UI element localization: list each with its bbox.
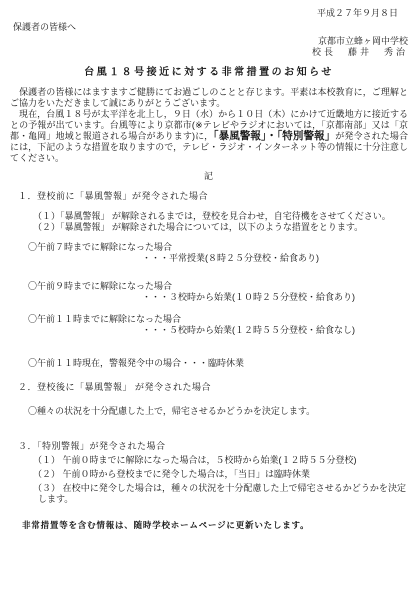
case-condition: 〇午前７時までに解除になった場合	[28, 242, 408, 253]
case-action: ・・・５校時から始業(１２時５５分登校・給食なし)	[142, 325, 408, 336]
case-condition: 〇午前１１時現在，警報発令中の場合・・・臨時休業	[28, 358, 408, 369]
warning-names-bold: 「暴風警報」・「特別警報」	[213, 130, 335, 142]
case-condition: 〇午前１１時までに解除になった場合	[28, 314, 408, 325]
intro-paragraphs: 保護者の皆様にはますますご健勝にてお過ごしのことと存じます。平素は本校教育に，ご…	[10, 87, 408, 164]
section-2-item-1: 〇種々の状況を十分配慮した上で，帰宅させるかどうかを決定します。	[28, 406, 406, 417]
section-3-item-1: （１） 午前０時までに解除になった場合は，５校時から始業(１２時５５分登校)	[38, 455, 406, 466]
ki-marker: 記	[10, 171, 408, 182]
principal-name: 校長 藤井 秀治	[10, 47, 408, 58]
section-2-heading: ２．登校後に「暴風警報」 が発令された場合	[18, 382, 408, 393]
case-action: ・・・平常授業(８時２５分登校・給食あり)	[142, 253, 408, 264]
case-action: ・・・３校時から始業(１０時２５分登校・給食あり)	[142, 292, 408, 303]
case-condition: 〇午前９時までに解除になった場合	[28, 281, 408, 292]
section-1-item-2: （２）「暴風警報」 が解除された場合については，以下のような措置をとります。	[38, 222, 406, 233]
greeting-text: 保護者の皆様にはますますご健勝にてお過ごしのことと存じます。平素は本校教育に，ご…	[10, 87, 408, 108]
section-1-heading: １．登校前に「暴風警報」が発令された場合	[18, 191, 408, 202]
addressee: 保護者の皆様へ	[10, 22, 408, 33]
school-name: 京都市立蜂ヶ岡中学校	[10, 36, 408, 47]
document-date: 平成２７年９月８日	[10, 8, 408, 19]
section-3-heading: ３．「特別警報」が発令された場合	[18, 441, 408, 452]
section-3-item-3: （３） 在校中に発令した場合は，種々の状況を十分配慮した上で帰宅させるかどうかを…	[38, 483, 406, 505]
footer-note: 非常措置等を含む情報は、随時学校ホームページに更新いたします。	[22, 520, 408, 531]
section-3-item-2: （２） 午前０時から登校までに発令した場合は，「当日」は臨時休業	[38, 469, 406, 480]
section-1-cases: 〇午前７時までに解除になった場合 ・・・平常授業(８時２５分登校・給食あり) 〇…	[10, 242, 408, 369]
notice-page: 平成２７年９月８日 保護者の皆様へ 京都市立蜂ヶ岡中学校 校長 藤井 秀治 台風…	[0, 0, 420, 594]
page-title: 台風１８号接近に対する非常措置のお知らせ	[10, 67, 408, 78]
section-1-item-1: （１）「暴風警報」 が解除されるまでは，登校を見合わせ，自宅待機をさせてください…	[38, 211, 406, 222]
